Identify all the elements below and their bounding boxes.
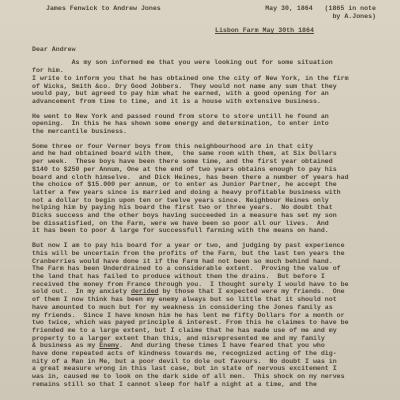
paragraph-text: Some three or four Verner boys from this… bbox=[32, 143, 349, 235]
paragraph-text: As my son informed me that you were look… bbox=[32, 59, 349, 105]
paragraph-text: . And during these times I have feared t… bbox=[32, 342, 345, 388]
letter-dateline: Lisbon Farm May 30th 1864 bbox=[215, 27, 376, 35]
letter-page: James Fenwick to Andrew Jones May 30, 18… bbox=[0, 0, 400, 400]
salutation: Dear Andrew bbox=[32, 46, 376, 54]
archive-date-note: May 30, 1864 (1865 in note by A.Jones) bbox=[265, 5, 376, 21]
paragraph: He went to New York and passed round fro… bbox=[32, 113, 376, 136]
paragraph-text: by those that I expected were my friends… bbox=[32, 288, 349, 349]
correspondents-label: James Fenwick to Andrew Jones bbox=[32, 5, 161, 13]
paragraph-text: He went to New York and passed round fro… bbox=[32, 113, 329, 135]
paragraph: But now I am to pay his board for a year… bbox=[32, 242, 376, 388]
paragraph: As my son informed me that you were look… bbox=[32, 59, 376, 105]
letter-body: As my son informed me that you were look… bbox=[32, 59, 376, 388]
paragraph: Some three or four Verner boys from this… bbox=[32, 143, 376, 235]
underlined-word: derided bbox=[131, 288, 159, 295]
underlined-word: Enemy bbox=[99, 342, 119, 349]
archive-header: James Fenwick to Andrew Jones May 30, 18… bbox=[32, 5, 376, 21]
